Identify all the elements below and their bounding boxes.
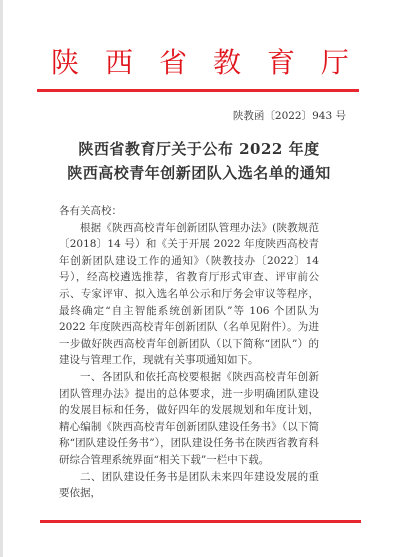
masthead-char: 西 <box>105 46 133 80</box>
document-number: 陕教函〔2022〕943 号 <box>200 108 346 123</box>
masthead-char: 育 <box>267 46 295 80</box>
masthead-char: 陕 <box>51 46 79 80</box>
paragraph: 根据《陕西高校青年创新团队管理办法》(陕教规范〔2018〕14 号）和《关于开展… <box>59 220 319 369</box>
paragraph: 一、各团队和依托高校要根据《陕西高校青年创新团队管理办法》提出的总体要求，进一步… <box>59 369 319 469</box>
document-title-line-2: 陕西高校青年创新团队入选名单的通知 <box>0 162 398 183</box>
paragraph: 二、团队建设任务书是团队未来四年建设发展的重要依据， <box>59 469 319 502</box>
masthead-red-rule <box>37 89 359 92</box>
masthead-char: 教 <box>213 46 241 80</box>
masthead-title: 陕 西 省 教 育 厅 <box>37 46 359 80</box>
page-left-border <box>0 0 3 557</box>
document-body: 各有关高校： 根据《陕西高校青年创新团队管理办法》(陕教规范〔2018〕14 号… <box>59 203 319 502</box>
document-title-line-1: 陕西省教育厅关于公布 2022 年度 <box>0 138 398 159</box>
masthead-char: 厅 <box>321 46 349 80</box>
page-bottom-red-rule <box>40 520 361 523</box>
masthead-char: 省 <box>159 46 187 80</box>
salutation: 各有关高校： <box>59 203 319 220</box>
